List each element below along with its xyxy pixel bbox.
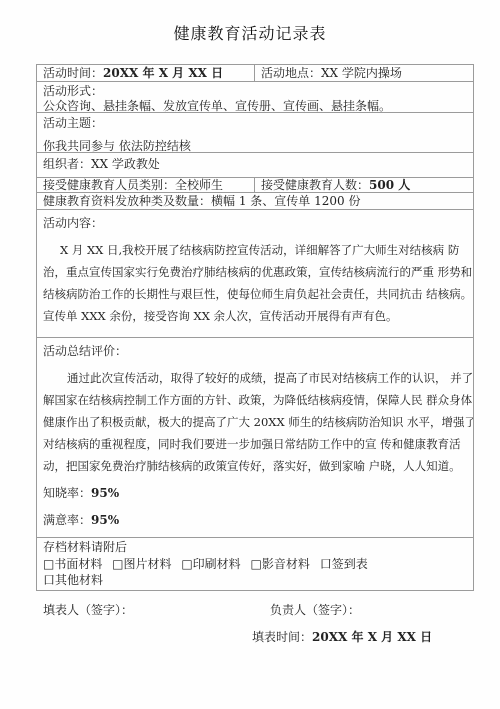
fill-date-row: 填表时间：20XX 年 X 月 XX 日 bbox=[252, 628, 432, 645]
summary-line: 解国家在结核病控制工作方面的方针、政策，为降低结核病疫情，保障人民 群众身体 bbox=[37, 389, 473, 411]
row-activity-content: 活动内容： X 月 XX 日,我校开展了结核病防控宣传活动，详细解答了广大师生对… bbox=[37, 210, 473, 338]
cell-activity-place: 活动地点：XX 学院内操场 bbox=[255, 65, 473, 81]
row-organizer: 组织者：XX 学政教处 bbox=[37, 153, 473, 178]
audience-type-label: 接受健康教育人员类别： bbox=[43, 178, 175, 192]
checkbox-option-other: 口其他材料 bbox=[37, 573, 473, 588]
cell-audience-count: 接受健康教育人数：500 人 bbox=[255, 178, 473, 192]
row-activity-theme: 活动主题： 你我共同参与 依法防控结核 bbox=[37, 113, 473, 153]
satisfaction-label: 满意率： bbox=[43, 513, 91, 527]
audience-type-value: 全校师生 bbox=[175, 178, 223, 192]
awareness-label: 知晓率： bbox=[43, 486, 91, 500]
summary-paragraph: 通过此次宣传活动，取得了较好的成绩，提高了市民对结核病工作的认识， 并了 解国家… bbox=[37, 367, 473, 477]
summary-line: 健康作出了积极贡献，极大的提高了广大 20XX 师生的结核病防治知识 水平，增强… bbox=[37, 411, 473, 433]
archive-options-line: □书面材料 □图片材料 □印刷材料 □影音材料 口签到表 bbox=[37, 555, 473, 573]
materials-label: 健康教育资料发放种类及数量： bbox=[43, 194, 211, 208]
checkbox-option-written: □书面材料 bbox=[43, 557, 102, 571]
fill-date-label: 填表时间： bbox=[252, 630, 312, 644]
checkbox-option-signin: 口签到表 bbox=[320, 557, 368, 571]
document-page: 健康教育活动记录表 活动时间：20XX 年 X 月 XX 日 活动地点：XX 学… bbox=[0, 0, 500, 709]
signature-row: 填表人（签字）： 负责人（签字）： bbox=[36, 601, 472, 619]
summary-label: 活动总结评价： bbox=[37, 338, 473, 359]
row-activity-time-place: 活动时间：20XX 年 X 月 XX 日 活动地点：XX 学院内操场 bbox=[37, 65, 473, 82]
responsible-signature-label: 负责人（签字）： bbox=[270, 601, 360, 618]
activity-theme-value: 你我共同参与 依法防控结核 bbox=[37, 139, 473, 153]
summary-line: 通过此次宣传活动，取得了较好的成绩，提高了市民对结核病工作的认识， 并了 bbox=[37, 367, 473, 389]
fill-date-value: 20XX 年 X 月 XX 日 bbox=[312, 630, 432, 644]
awareness-value: 95% bbox=[91, 486, 119, 500]
satisfaction-value: 95% bbox=[91, 513, 119, 527]
content-line: 结核病防治工作的长期性与艰巨性，使每位师生肩负起社会责任，共同抗击 结核病。 bbox=[37, 283, 473, 305]
checkbox-option-print: □印刷材料 bbox=[181, 557, 240, 571]
row-summary: 活动总结评价： 通过此次宣传活动，取得了较好的成绩，提高了市民对结核病工作的认识… bbox=[37, 338, 473, 538]
activity-form-label: 活动形式： bbox=[37, 82, 473, 99]
cell-audience-type: 接受健康教育人员类别：全校师生 bbox=[37, 178, 255, 192]
activity-time-value: 20XX 年 X 月 XX 日 bbox=[103, 66, 223, 80]
cell-materials: 健康教育资料发放种类及数量：横幅 1 条、宣传单 1200 份 bbox=[37, 193, 473, 209]
activity-place-label: 活动地点： bbox=[261, 66, 321, 80]
awareness-rate: 知晓率：95% bbox=[37, 486, 473, 500]
record-form-table: 活动时间：20XX 年 X 月 XX 日 活动地点：XX 学院内操场 活动形式：… bbox=[36, 64, 474, 591]
row-audience: 接受健康教育人员类别：全校师生 接受健康教育人数：500 人 bbox=[37, 178, 473, 193]
checkbox-option-media: □影音材料 bbox=[251, 557, 310, 571]
content-line: 宣传单 XXX 余份，接受咨询 XX 余人次，宣传活动开展得有声有色。 bbox=[37, 305, 473, 327]
row-activity-form: 活动形式： 公众咨询、悬挂条幅、发放宣传单、宣传册、宣传画、悬挂条幅。 bbox=[37, 82, 473, 113]
row-archive: 存档材料请附后 □书面材料 □图片材料 □印刷材料 □影音材料 口签到表 口其他… bbox=[37, 538, 473, 590]
satisfaction-rate: 满意率：95% bbox=[37, 513, 473, 527]
materials-value: 横幅 1 条、宣传单 1200 份 bbox=[211, 194, 360, 208]
activity-form-value: 公众咨询、悬挂条幅、发放宣传单、宣传册、宣传画、悬挂条幅。 bbox=[37, 99, 473, 113]
summary-line: 对结核病的重视程度，同时我们要进一步加强日常结防工作中的宣 传和健康教育活 bbox=[37, 433, 473, 455]
organizer-value: XX 学政教处 bbox=[91, 157, 160, 171]
checkbox-option-picture: □图片材料 bbox=[112, 557, 171, 571]
audience-count-label: 接受健康教育人数： bbox=[261, 178, 369, 192]
organizer-label: 组织者： bbox=[43, 157, 91, 171]
content-paragraph: X 月 XX 日,我校开展了结核病防控宣传活动，详细解答了广大师生对结核病 防 … bbox=[37, 239, 473, 327]
activity-theme-label: 活动主题： bbox=[37, 113, 473, 131]
page-title: 健康教育活动记录表 bbox=[0, 0, 500, 44]
cell-organizer: 组织者：XX 学政教处 bbox=[37, 153, 473, 172]
audience-count-value: 500 人 bbox=[369, 178, 410, 192]
row-materials: 健康教育资料发放种类及数量：横幅 1 条、宣传单 1200 份 bbox=[37, 193, 473, 210]
summary-line: 动，把国家免费治疗肺结核病的政策宣传好，落实好，做到家喻 户晓，人人知道。 bbox=[37, 455, 473, 477]
activity-place-value: XX 学院内操场 bbox=[321, 66, 402, 80]
filler-signature-label: 填表人（签字）： bbox=[43, 601, 133, 618]
archive-title: 存档材料请附后 bbox=[37, 538, 473, 555]
cell-activity-time: 活动时间：20XX 年 X 月 XX 日 bbox=[37, 65, 255, 81]
content-line: X 月 XX 日,我校开展了结核病防控宣传活动，详细解答了广大师生对结核病 防 bbox=[37, 239, 473, 261]
activity-time-label: 活动时间： bbox=[43, 66, 103, 80]
content-label: 活动内容： bbox=[37, 210, 473, 231]
content-line: 治，重点宣传国家实行免费治疗肺结核病的优惠政策，宣传结核病流行的严重 形势和 bbox=[37, 261, 473, 283]
